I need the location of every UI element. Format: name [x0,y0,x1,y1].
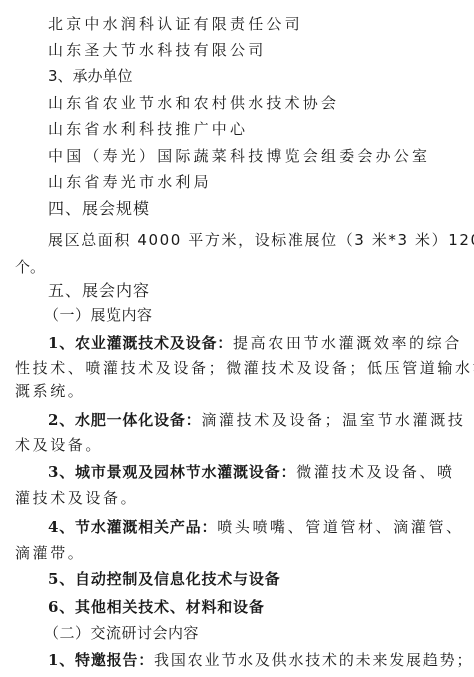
section-heading: 四、展会规模 [48,199,150,219]
paragraph-line: 溉系统。 [15,381,85,401]
section-subheading: 3、承办单位 [48,66,133,86]
paragraph-line: 滴灌带。 [15,543,85,563]
organizer-line: 中国（寿光）国际蔬菜科技博览会组委会办公室 [48,146,430,166]
list-item: 2、水肥一体化设备：滴灌技术及设备；温室节水灌溉技 [48,410,465,430]
list-item-title: 3、城市景观及园林节水灌溉设备： [48,463,296,481]
paragraph-line: 灌技术及设备。 [15,488,138,508]
section-heading: 五、展会内容 [48,281,150,301]
section-subheading: （一）展览内容 [44,305,153,325]
list-item: 5、自动控制及信息化技术与设备 [48,569,280,589]
list-item-title: 2、水肥一体化设备： [48,411,201,429]
list-item-title: 5、自动控制及信息化技术与设备 [48,570,280,588]
list-item-text: 我国农业节水及供水技术的未来发展趋势； [154,651,473,669]
list-item-title: 1、农业灌溉技术及设备： [48,334,233,352]
list-item: 1、农业灌溉技术及设备：提高农田节水灌溉效率的综合 [48,333,462,353]
organizer-line: 山东省水利科技推广中心 [48,119,248,139]
organizer-line: 山东省农业节水和农村供水技术协会 [48,93,339,113]
paragraph-line: 性技术、喷灌技术及设备；微灌技术及设备；低压管道输水灌 [15,358,474,378]
paragraph-line: 展区总面积 4000 平方米，设标准展位（3 米*3 米）120 [48,230,474,250]
paragraph-line: 术及设备。 [15,435,103,455]
list-item: 6、其他相关技术、材料和设备 [48,597,265,617]
list-item-title: 4、节水灌溉相关产品： [48,518,217,536]
paragraph-line: 个。 [15,257,45,277]
organizer-line: 北京中水润科认证有限责任公司 [48,14,303,34]
list-item-text: 微灌技术及设备、喷 [296,463,454,481]
list-item: 3、城市景观及园林节水灌溉设备：微灌技术及设备、喷 [48,462,455,482]
list-item: 4、节水灌溉相关产品：喷头喷嘴、管道管材、滴灌管、 [48,517,464,537]
list-item-title: 1、特邀报告： [48,651,154,669]
organizer-line: 山东省寿光市水利局 [48,172,212,192]
organizer-line: 山东圣大节水科技有限公司 [48,40,266,60]
list-item: 1、特邀报告：我国农业节水及供水技术的未来发展趋势； [48,650,473,670]
section-subheading: （二）交流研讨会内容 [44,623,199,643]
list-item-title: 6、其他相关技术、材料和设备 [48,598,265,616]
list-item-text: 喷头喷嘴、管道管材、滴灌管、 [217,518,463,536]
list-item-text: 滴灌技术及设备；温室节水灌溉技 [201,411,465,429]
list-item-text: 提高农田节水灌溉效率的综合 [233,334,462,352]
